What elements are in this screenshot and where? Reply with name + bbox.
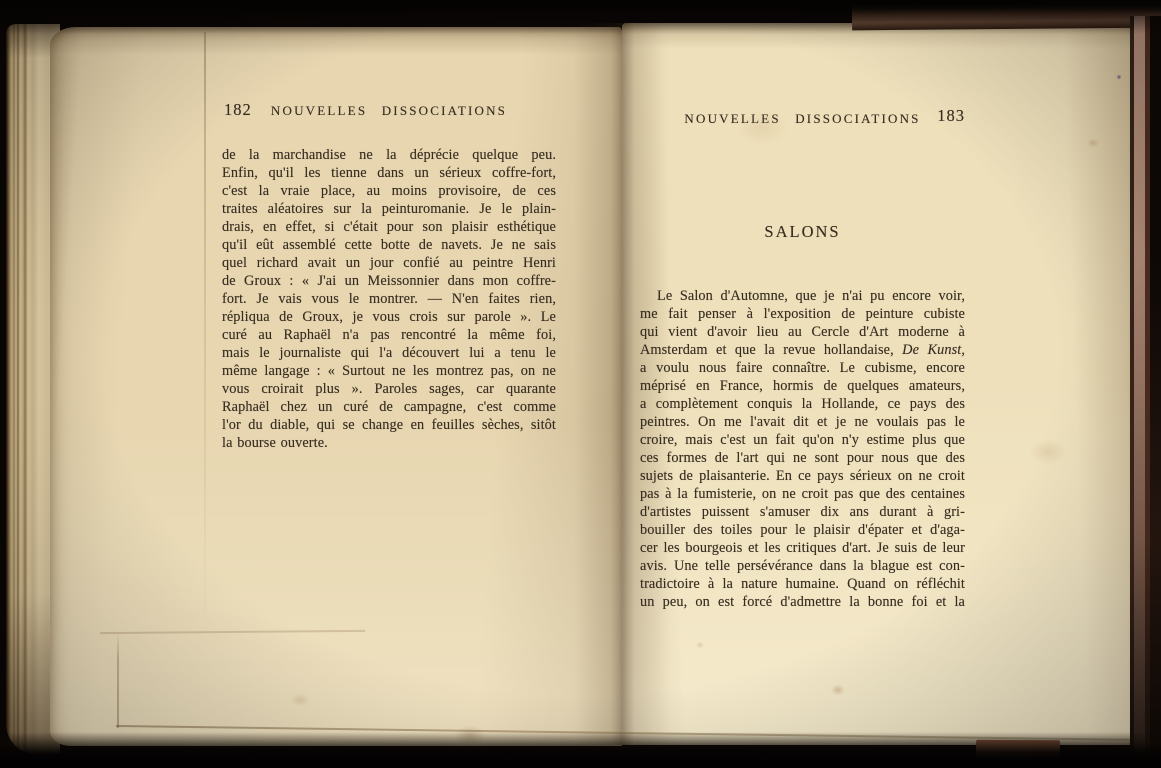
text-line: pas à la fumisterie, on ne croit pas que… [640,485,965,503]
text-line: tradictoire à la nature humaine. Quand o… [640,575,965,593]
text-line: la bourse ouverte. [222,434,556,452]
text-line: vous croirait plus ». Paroles sages, car… [222,380,556,398]
text-line: a complètement conquis la Hollande, ce p… [640,395,965,413]
section-title: SALONS [640,222,965,242]
right-running-head: NOUVELLES DISSOCIATIONS [640,108,965,127]
text-line: curé au Raphaël n'a pas rencontré la mêm… [222,326,556,344]
under-page-fold-edge [117,632,119,728]
text-line: un peu, on est forcé d'admettre la bonne… [640,593,965,611]
text-line: de Groux : « J'ai un Meissonnier dans mo… [222,272,556,290]
text-line: de la marchandise ne la déprécie quelque… [222,146,556,164]
left-running-head: NOUVELLES DISSOCIATIONS [222,100,556,119]
text-line: Le Salon d'Automne, que je n'ai pu encor… [640,287,965,305]
text-line: qu'il eût assemblé cette botte de navets… [222,236,556,254]
text-line: croire, mais c'est un fait qu'on n'y est… [640,431,965,449]
text-line: c'est la vraie place, au moins provisoir… [222,182,556,200]
text-line: mais le journaliste qui l'a découvert lu… [222,344,556,362]
text-line: bouiller des toiles pour le plaisir d'ép… [640,521,965,539]
text-line: fort. Je vais vous le montrer. — N'en fa… [222,290,556,308]
text-line: a voulu nous faire connaître. Le cubisme… [640,359,965,377]
left-page-number: 182 [224,100,252,120]
right-page-body: Le Salon d'Automne, que je n'ai pu encor… [640,287,965,611]
text-line: traites aléatoires sur la peinturomanie.… [222,200,556,218]
italic-text-segment: De Kunst, [902,342,965,358]
text-line: Enfin, qu'il les tienne dans un sérieux … [222,164,556,182]
text-line: qui vient d'avoir lieu au Cercle d'Art m… [640,323,965,341]
cover-corner-patch [976,740,1060,767]
text-line: sujets de plaisanterie. En ce pays série… [640,467,965,485]
right-page-header: NOUVELLES DISSOCIATIONS 183 [640,108,965,132]
text-line: drais, en effet, si c'était pour son pla… [222,218,556,236]
text-line: quel richard avait un jour confié au pei… [222,254,556,272]
text-line: Raphaël chez un curé de campagne, c'est … [222,398,556,416]
cover-edge-right [1130,16,1161,764]
left-page-header: 182 NOUVELLES DISSOCIATIONS [222,100,556,124]
cover-top-edge [852,2,1161,31]
text-line: peintres. On me l'avait dit et je ne vou… [640,413,965,431]
left-page-body: de la marchandise ne la déprécie quelque… [222,146,556,452]
text-line: d'artistes puissent s'amuser dix ans dur… [640,503,965,521]
text-segment: Amsterdam et que la revue hollandaise, [640,342,902,358]
text-line: l'or du diable, qui se change en feuille… [222,416,556,434]
text-line: cer les bourgeois et les critiques d'art… [640,539,965,557]
text-line: même langage : « Surtout ne les montrez … [222,362,556,380]
right-page-number: 183 [937,106,965,126]
text-line: répliqua de Groux, je vous crois sur par… [222,308,556,326]
page-crease [204,32,206,638]
book-scan: 182 NOUVELLES DISSOCIATIONS de la marcha… [0,0,1161,768]
text-line: Amsterdam et que la revue hollandaise, D… [640,341,965,359]
text-line: ces formes de l'art qui ne sont pour nou… [640,449,965,467]
text-line: me fait penser à l'exposition de peintur… [640,305,965,323]
text-line: avis. Une telle persévérance dans la bla… [640,557,965,575]
text-line: méprisé en France, hormis de quelques am… [640,377,965,395]
